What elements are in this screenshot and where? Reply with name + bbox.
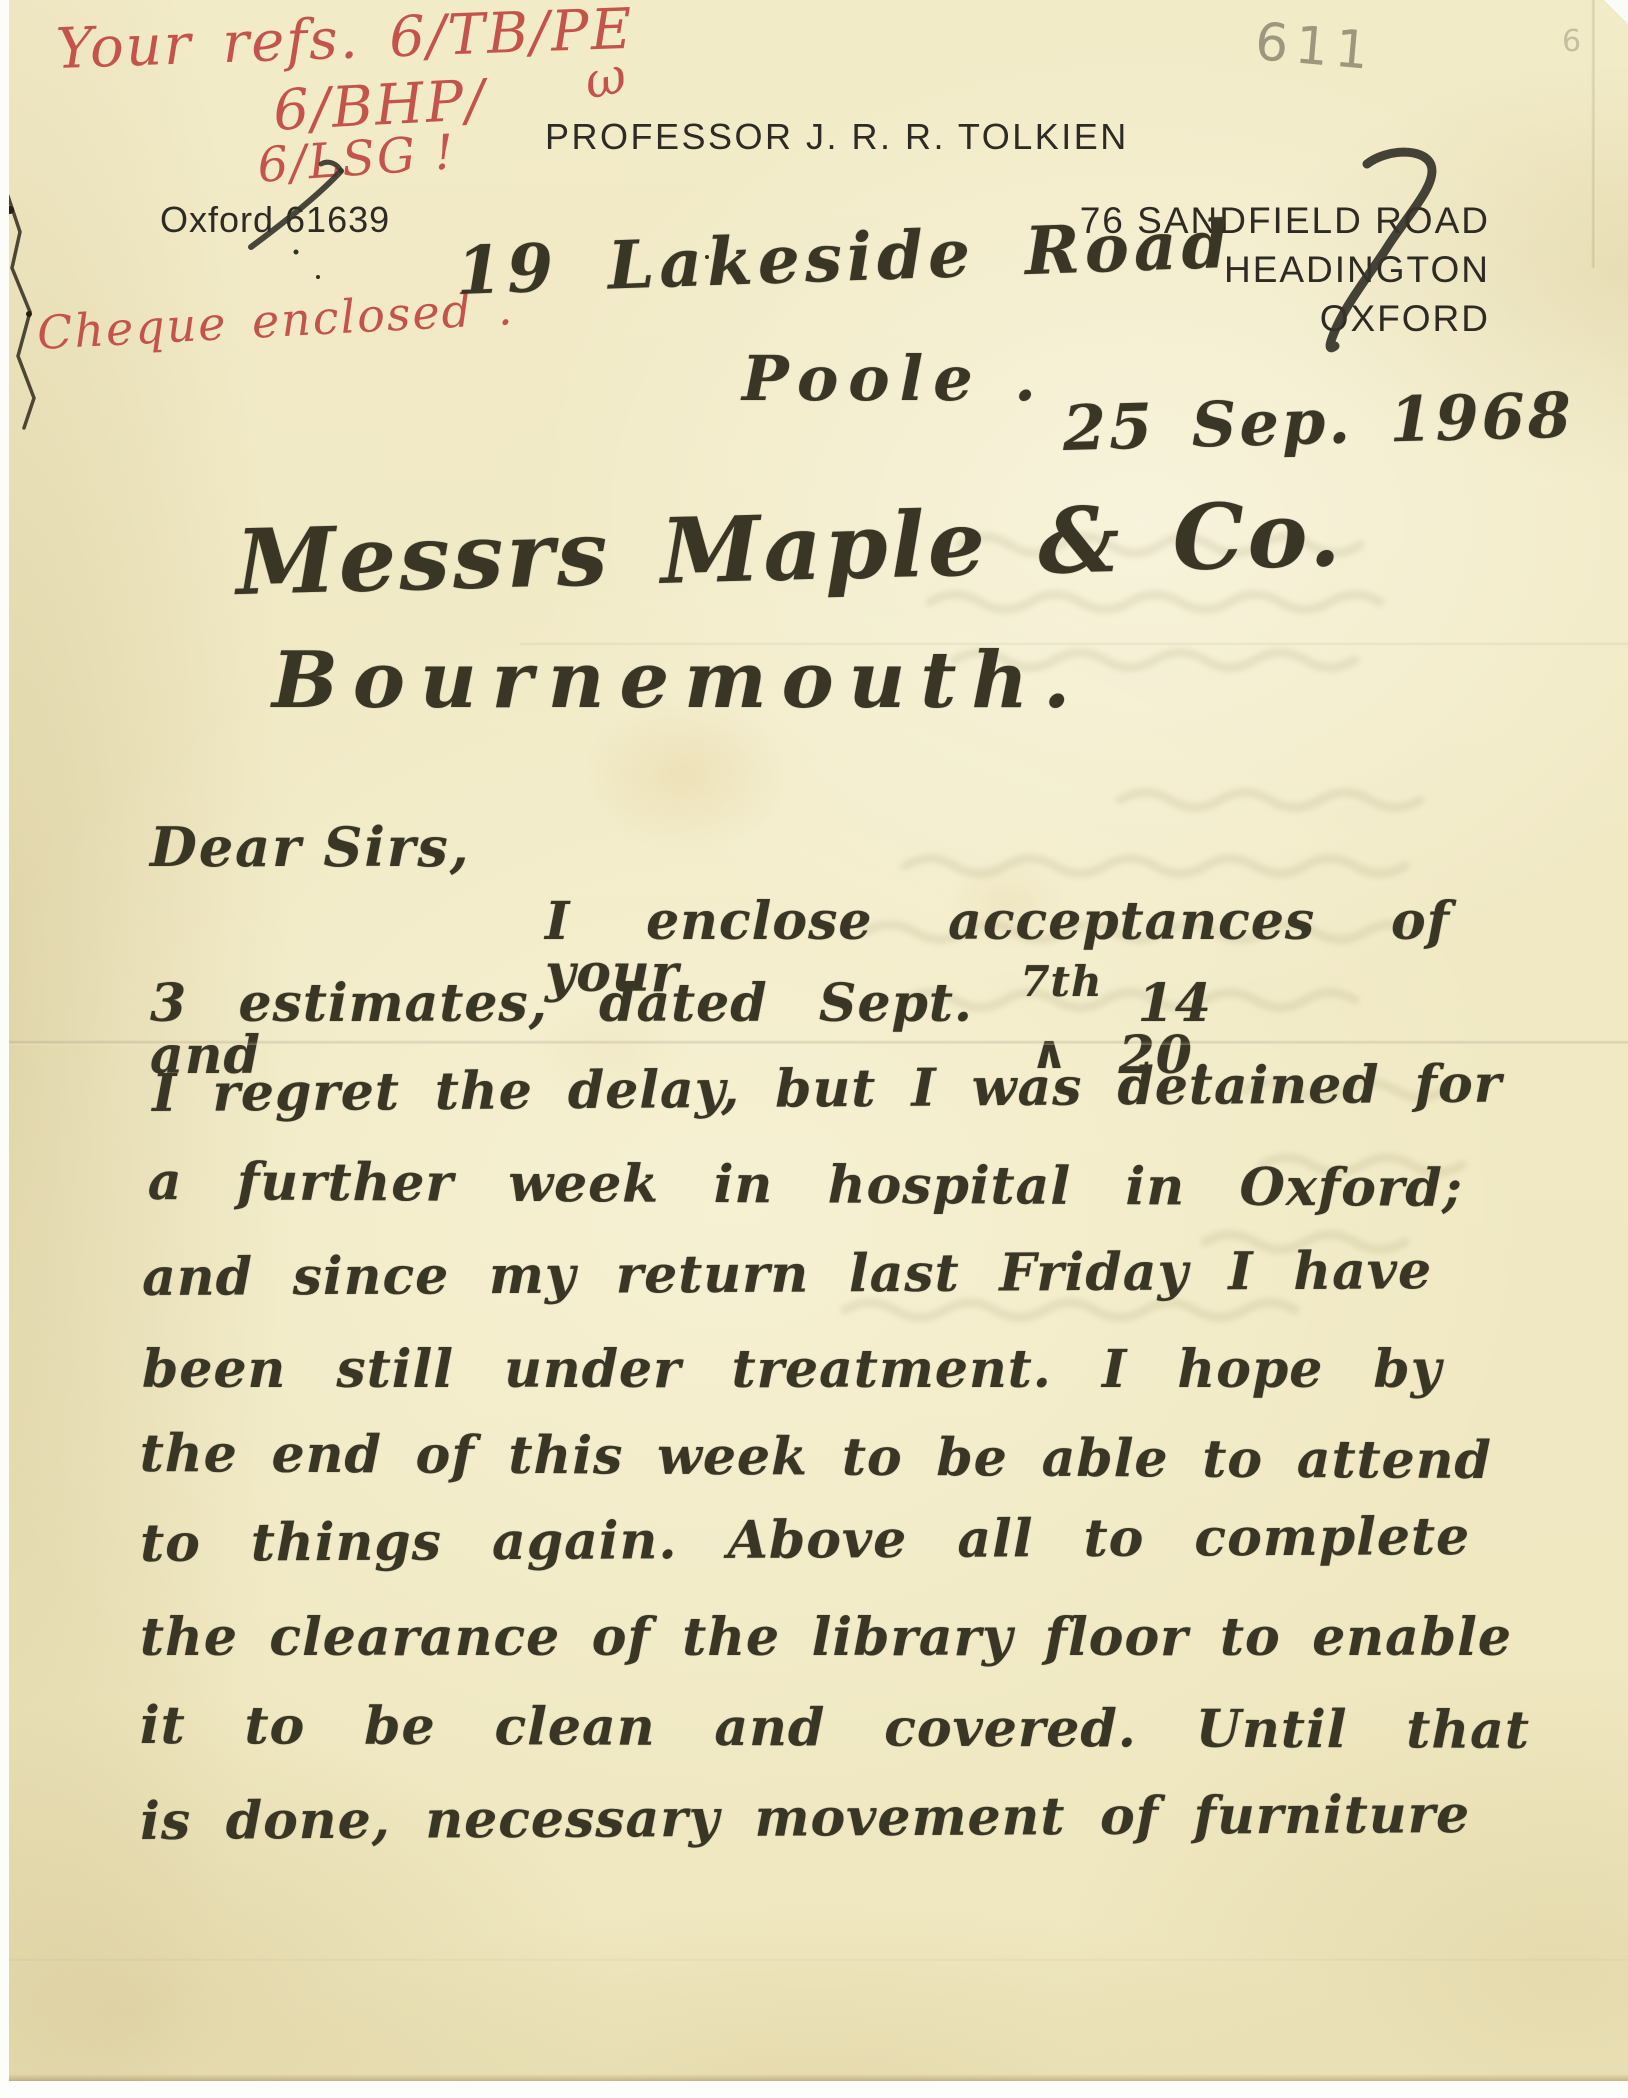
body-line: it to be clean and covered. Until that [140, 1700, 1530, 1757]
body-line: the clearance of the library floor to en… [140, 1612, 1512, 1664]
letterhead-name: PROFESSOR J. R. R. TOLKIEN [545, 116, 1129, 158]
scan-edge-left [0, 0, 9, 2098]
letter-scan-page: Your refs. 6/TB/PE 6/BHP/ 6/LSG ! ω Cheq… [0, 0, 1628, 2098]
paper-corner-top-right [1604, 0, 1628, 24]
pencil-number: 611 [1253, 12, 1378, 82]
sender-address-line2: Poole . [742, 348, 1046, 410]
paper-tear-mark [8, 196, 34, 428]
body-line: a further week in hospital in Oxford; [148, 1156, 1463, 1215]
horizontal-fold-crease-upper [520, 642, 1628, 646]
vertical-fold-crease [1591, 0, 1596, 268]
paper-bottom-edge [0, 2074, 1628, 2081]
horizontal-fold-crease-lower [0, 1958, 1628, 1962]
body-line: and since my return last Friday I have [142, 1245, 1432, 1304]
pencil-corner-smudge: 6 [1562, 24, 1581, 59]
letterhead-address-line3: OXFORD [1080, 294, 1490, 343]
insertion-mark: 7th∧ [1024, 1013, 1086, 1021]
red-refs-note-line1: Your refs. 6/TB/PE [55, 2, 634, 78]
scan-edge-bottom [0, 2081, 1628, 2098]
body-line: is done, necessary movement of furniture [140, 1789, 1470, 1848]
recipient-line1: Messrs Maple & Co. [235, 489, 1344, 608]
inserted-superscript: 7th [1020, 961, 1102, 1003]
body-line: I regret the delay, but I was detained f… [152, 1059, 1502, 1120]
recipient-line2: Bournemouth. [272, 642, 1085, 720]
letterhead-telephone: Oxford 61639 [160, 199, 390, 241]
red-cheque-note: Cheque enclosed . [36, 285, 515, 356]
horizontal-fold-crease [0, 1040, 1628, 1045]
letter-date: 25 Sep. 1968 [1062, 385, 1575, 460]
body-line: the end of this week to be able to atten… [140, 1428, 1492, 1487]
body-line: to things again. Above all to complete [140, 1511, 1470, 1570]
body-line: been still under treatment. I hope by [142, 1344, 1442, 1396]
salutation: Dear Sirs, [150, 820, 471, 874]
red-refs-note-line3: 6/LSG ! [256, 128, 457, 190]
